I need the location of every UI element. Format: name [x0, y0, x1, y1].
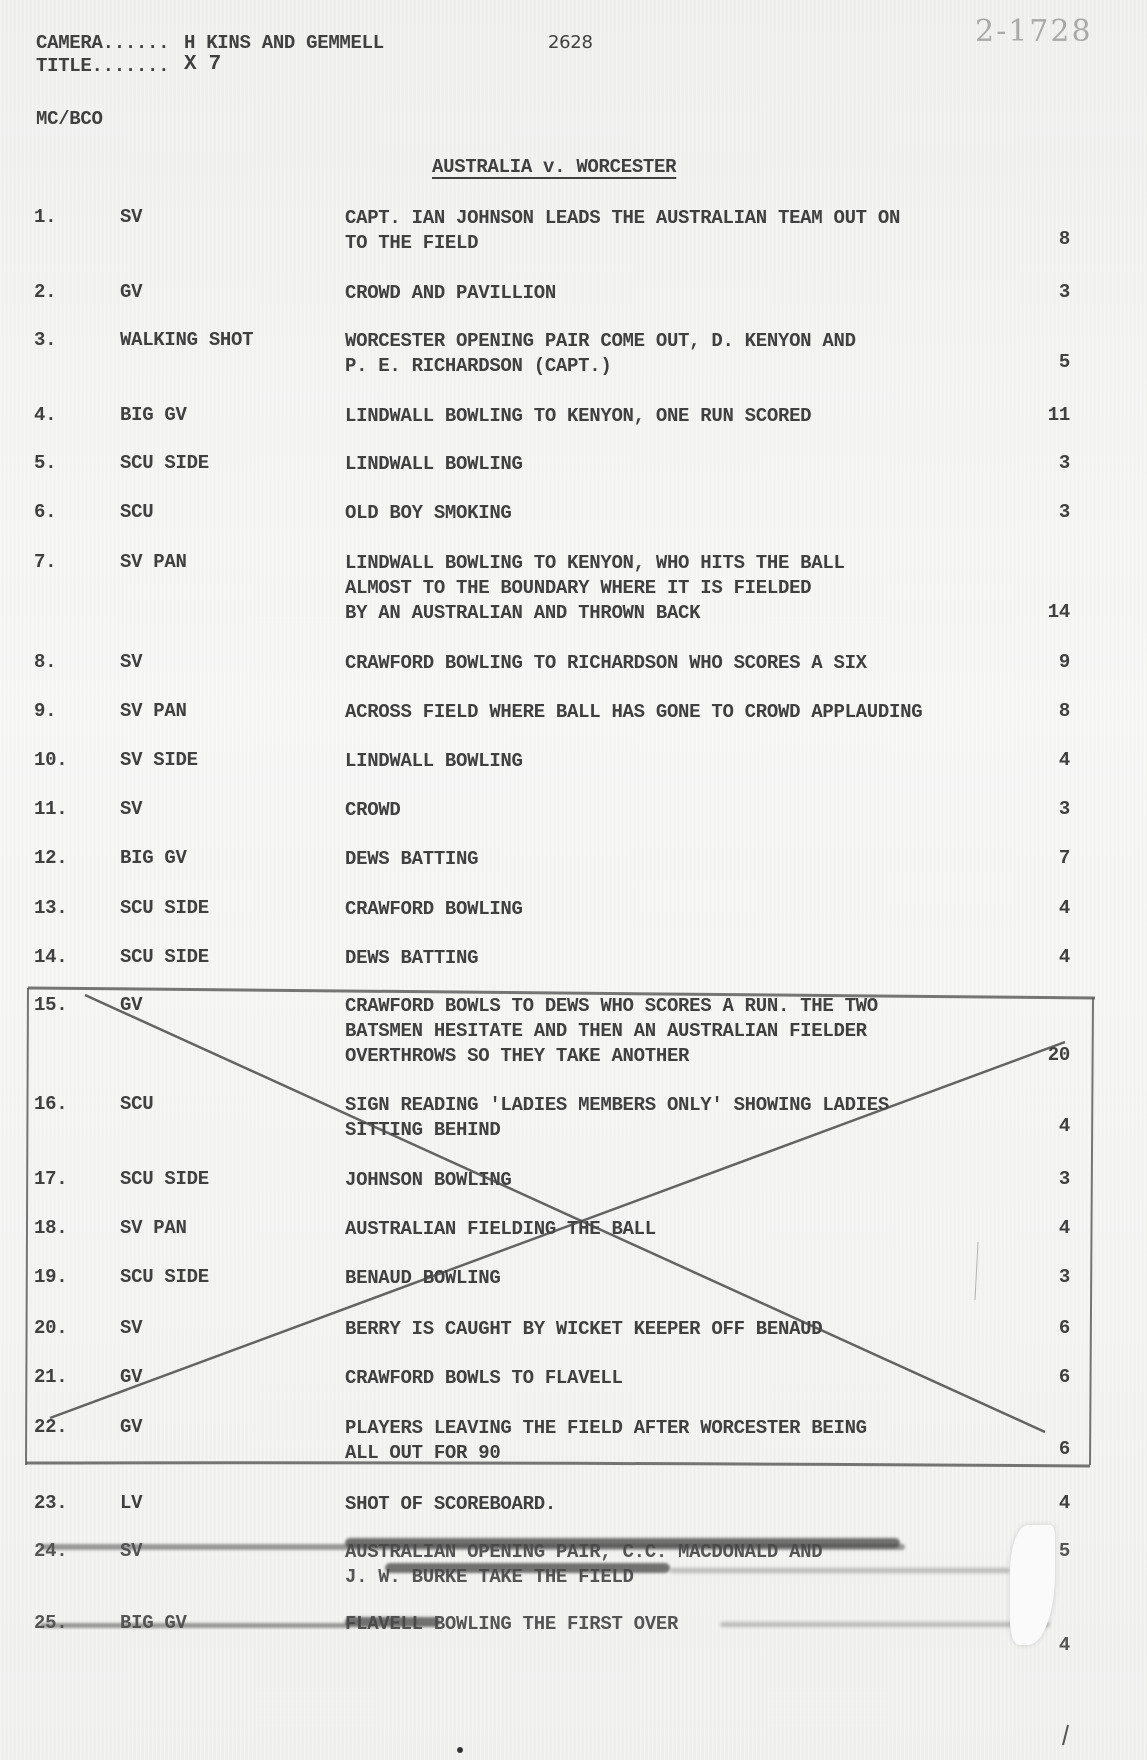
shot-type: SV: [120, 651, 142, 673]
shot-description: CAPT. IAN JOHNSON LEADS THE AUSTRALIAN T…: [345, 206, 900, 256]
shot-duration: 3: [1040, 281, 1070, 303]
shot-description: OLD BOY SMOKING: [345, 501, 512, 526]
shot-number: 9.: [34, 700, 56, 722]
shot-number: 14.: [34, 946, 67, 968]
shot-duration: 8: [1040, 228, 1070, 250]
shot-type: GV: [120, 1416, 142, 1438]
shot-description: SHOT OF SCOREBOARD.: [345, 1492, 556, 1517]
shot-duration: 4: [1040, 1115, 1070, 1137]
camera-label: CAMERA......: [36, 32, 169, 54]
handwritten-reference: 2-1728: [975, 14, 1093, 49]
shot-description: DEWS BATTING: [345, 946, 478, 971]
shot-duration: 4: [1040, 897, 1070, 919]
shot-description: CROWD AND PAVILLION: [345, 281, 556, 306]
initials: MC/BCO: [36, 108, 103, 130]
shot-number: 13.: [34, 897, 67, 919]
shot-number: 17.: [34, 1168, 67, 1190]
shot-number: 5.: [34, 452, 56, 474]
shot-type: SCU SIDE: [120, 1168, 209, 1190]
shot-number: 3.: [34, 329, 56, 351]
shot-duration: 7: [1040, 847, 1070, 869]
shot-type: GV: [120, 281, 142, 303]
shot-number: 18.: [34, 1217, 67, 1239]
shot-number: 4.: [34, 404, 56, 426]
shot-number: 7.: [34, 551, 56, 573]
shot-number: 22.: [34, 1416, 67, 1438]
document-heading: AUSTRALIA v. WORCESTER: [432, 156, 676, 178]
shot-duration: 4: [1040, 749, 1070, 771]
shot-description: LINDWALL BOWLING TO KENYON, ONE RUN SCOR…: [345, 404, 811, 429]
shot-number: 2.: [34, 281, 56, 303]
shot-type: SCU SIDE: [120, 946, 209, 968]
shot-duration: 4: [1040, 1492, 1070, 1514]
shot-type: SCU: [120, 501, 153, 523]
shot-number: 19.: [34, 1266, 67, 1288]
shot-type: SCU SIDE: [120, 897, 209, 919]
shot-description: AUSTRALIAN FIELDING THE BALL: [345, 1217, 656, 1242]
paper-tear: [1010, 1525, 1055, 1645]
title-label: TITLE.......: [36, 55, 169, 77]
shot-duration: 9: [1040, 651, 1070, 673]
shot-description: DEWS BATTING: [345, 847, 478, 872]
shot-type: BIG GV: [120, 847, 187, 869]
shot-description: CRAWFORD BOWLS TO DEWS WHO SCORES A RUN.…: [345, 994, 878, 1069]
shot-duration: 4: [1040, 946, 1070, 968]
shot-type: SCU SIDE: [120, 452, 209, 474]
shot-duration: 11: [1040, 404, 1070, 426]
shot-description: LINDWALL BOWLING: [345, 749, 523, 774]
shot-duration: 5: [1040, 351, 1070, 373]
shot-type: GV: [120, 994, 142, 1016]
shot-duration: 20: [1040, 1044, 1070, 1066]
shot-number: 23.: [34, 1492, 67, 1514]
shot-description: SIGN READING 'LADIES MEMBERS ONLY' SHOWI…: [345, 1093, 889, 1143]
shot-duration: 3: [1040, 798, 1070, 820]
shot-number: 21.: [34, 1366, 67, 1388]
shot-number: 15.: [34, 994, 67, 1016]
shot-type: SV SIDE: [120, 749, 198, 771]
shot-type: SV: [120, 206, 142, 228]
title-value: X 7: [184, 53, 221, 76]
shot-description: CRAWFORD BOWLS TO FLAVELL: [345, 1366, 623, 1391]
shot-number: 16.: [34, 1093, 67, 1115]
shot-duration: 8: [1040, 700, 1070, 722]
reel-number: 2628: [548, 32, 593, 53]
shot-number: 10.: [34, 749, 67, 771]
shot-number: 6.: [34, 501, 56, 523]
shot-type: SCU SIDE: [120, 1266, 209, 1288]
shot-description: CRAWFORD BOWLING TO RICHARDSON WHO SCORE…: [345, 651, 867, 676]
shot-number: 11.: [34, 798, 67, 820]
shot-duration: 6: [1040, 1317, 1070, 1339]
shot-description: JOHNSON BOWLING: [345, 1168, 512, 1193]
shot-type: SV PAN: [120, 700, 187, 722]
shot-number: 20.: [34, 1317, 67, 1339]
shot-duration: 4: [1040, 1217, 1070, 1239]
shot-description: BENAUD BOWLING: [345, 1266, 500, 1291]
shot-description: BERRY IS CAUGHT BY WICKET KEEPER OFF BEN…: [345, 1317, 822, 1342]
crossed-out-section-marks: [0, 0, 1147, 1760]
shot-duration: 14: [1040, 601, 1070, 623]
shot-description: LINDWALL BOWLING: [345, 452, 523, 477]
shot-duration: 3: [1040, 501, 1070, 523]
shot-description: CROWD: [345, 798, 401, 823]
shot-type: WALKING SHOT: [120, 329, 253, 351]
shot-type: SV: [120, 798, 142, 820]
shot-type: SCU: [120, 1093, 153, 1115]
shot-type: SV PAN: [120, 551, 187, 573]
shot-description: CRAWFORD BOWLING: [345, 897, 523, 922]
shot-type: GV: [120, 1366, 142, 1388]
shot-type: LV: [120, 1492, 142, 1514]
shot-description: PLAYERS LEAVING THE FIELD AFTER WORCESTE…: [345, 1416, 867, 1466]
shot-duration: 3: [1040, 452, 1070, 474]
shot-type: BIG GV: [120, 404, 187, 426]
shot-description: WORCESTER OPENING PAIR COME OUT, D. KENY…: [345, 329, 856, 379]
shot-duration: 4: [1040, 1634, 1070, 1656]
shot-type: SV PAN: [120, 1217, 187, 1239]
shot-duration: 6: [1040, 1438, 1070, 1460]
shot-duration: 6: [1040, 1366, 1070, 1388]
shot-description: ACROSS FIELD WHERE BALL HAS GONE TO CROW…: [345, 700, 922, 725]
shot-number: 1.: [34, 206, 56, 228]
shot-duration: 3: [1040, 1266, 1070, 1288]
shot-duration: 3: [1040, 1168, 1070, 1190]
shot-number: 12.: [34, 847, 67, 869]
shot-number: 8.: [34, 651, 56, 673]
shot-description: LINDWALL BOWLING TO KENYON, WHO HITS THE…: [345, 551, 845, 626]
camera-value: H KINS AND GEMMELL: [184, 32, 384, 54]
shot-type: SV: [120, 1317, 142, 1339]
